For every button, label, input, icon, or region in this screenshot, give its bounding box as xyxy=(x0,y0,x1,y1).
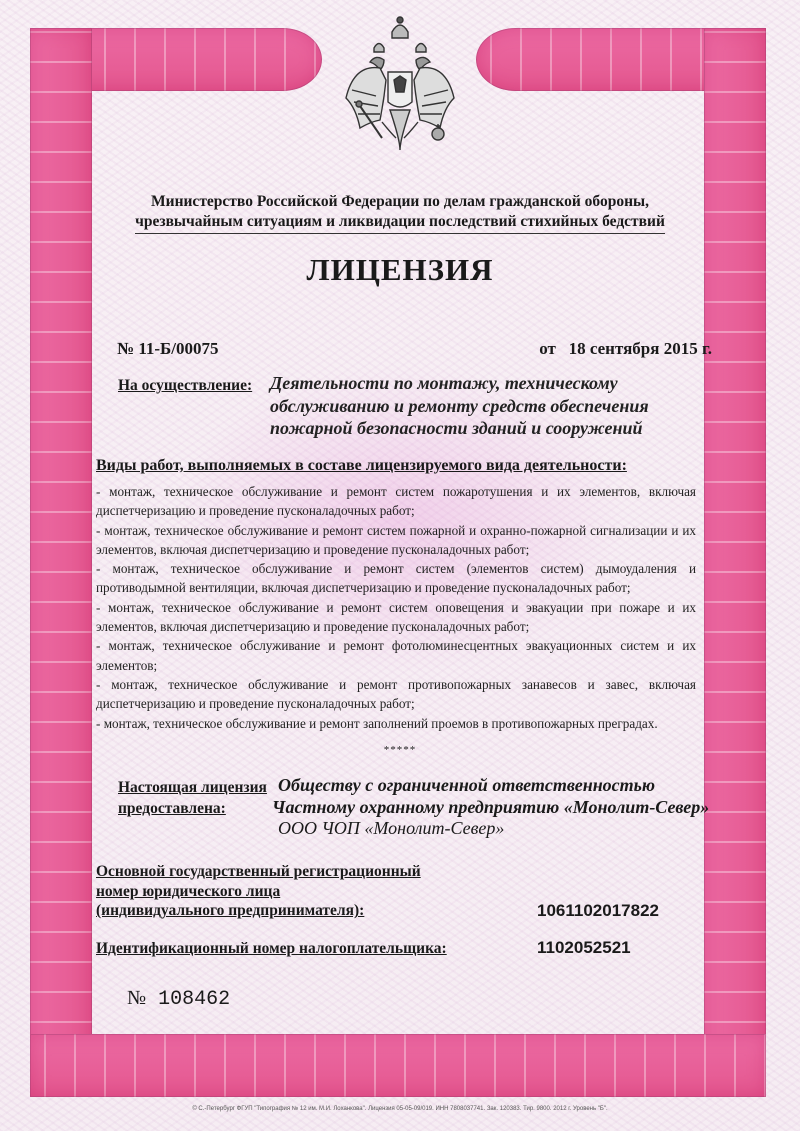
section-separator: ***** xyxy=(0,744,800,756)
licensee-name-line-1: Обществу с ограниченной ответственностью xyxy=(272,775,709,797)
issuing-authority: Министерство Российской Федерации по дел… xyxy=(100,192,700,234)
ogrn-label-line: номер юридического лица xyxy=(96,882,421,902)
activity-line: Деятельности по монтажу, техническому xyxy=(270,372,690,395)
ogrn-value: 1061102017822 xyxy=(537,901,659,921)
granted-label-line-2: предоставлена: xyxy=(118,798,267,819)
ogrn-label-line: (индивидуального предпринимателя): xyxy=(96,901,421,921)
russian-coat-of-arms-icon xyxy=(340,10,460,158)
activity-label: На осуществление: xyxy=(118,377,252,395)
ministry-line-1: Министерство Российской Федерации по дел… xyxy=(100,192,700,212)
document-title: ЛИЦЕНЗИЯ xyxy=(0,252,800,288)
border-band-bottom xyxy=(30,1034,766,1097)
activity-description: Деятельности по монтажу, техническому об… xyxy=(270,372,690,440)
inn-value: 1102052521 xyxy=(537,938,631,958)
license-date: от 18 сентября 2015 г. xyxy=(539,339,712,359)
activity-line: пожарной безопасности зданий и сооружени… xyxy=(270,417,690,440)
inn-label: Идентификационный номер налогоплательщик… xyxy=(96,940,447,958)
work-item: - монтаж, техническое обслуживание и рем… xyxy=(96,714,696,733)
ministry-line-2: чрезвычайным ситуациям и ликвидации посл… xyxy=(135,212,665,234)
border-band-left xyxy=(30,28,92,1097)
activity-line: обслуживанию и ремонту средств обеспечен… xyxy=(270,395,690,418)
printer-imprint: © С.-Петербург ФГУП "Типография № 12 им.… xyxy=(0,1106,800,1112)
granted-label-line-1: Настоящая лицензия xyxy=(118,777,267,798)
licensee: Обществу с ограниченной ответственностью… xyxy=(272,775,709,840)
work-item: - монтаж, техническое обслуживание и рем… xyxy=(96,598,696,637)
work-item: - монтаж, техническое обслуживание и рем… xyxy=(96,559,696,598)
licensee-name-line-2: Частному охранному предприятию «Монолит-… xyxy=(272,797,709,819)
work-item: - монтаж, техническое обслуживание и рем… xyxy=(96,675,696,714)
granted-label: Настоящая лицензия предоставлена: xyxy=(118,777,267,819)
ogrn-label-line: Основной государственный регистрационный xyxy=(96,862,421,882)
works-title: Виды работ, выполняемых в составе лиценз… xyxy=(96,457,627,475)
form-serial-number: №108462 xyxy=(127,987,230,1011)
work-item: - монтаж, техническое обслуживание и рем… xyxy=(96,521,696,560)
serial-number: 108462 xyxy=(158,988,230,1011)
license-number: № 11-Б/00075 xyxy=(117,339,219,359)
license-document: Министерство Российской Федерации по дел… xyxy=(0,0,800,1131)
work-item: - монтаж, техническое обслуживание и рем… xyxy=(96,636,696,675)
ogrn-label: Основной государственный регистрационный… xyxy=(96,862,421,921)
serial-prefix: № xyxy=(127,987,146,1009)
work-item: - монтаж, техническое обслуживание и рем… xyxy=(96,482,696,521)
licensee-short-name: ООО ЧОП «Монолит-Север» xyxy=(272,818,709,840)
border-band-right xyxy=(704,28,766,1097)
works-list: - монтаж, техническое обслуживание и рем… xyxy=(96,482,696,733)
